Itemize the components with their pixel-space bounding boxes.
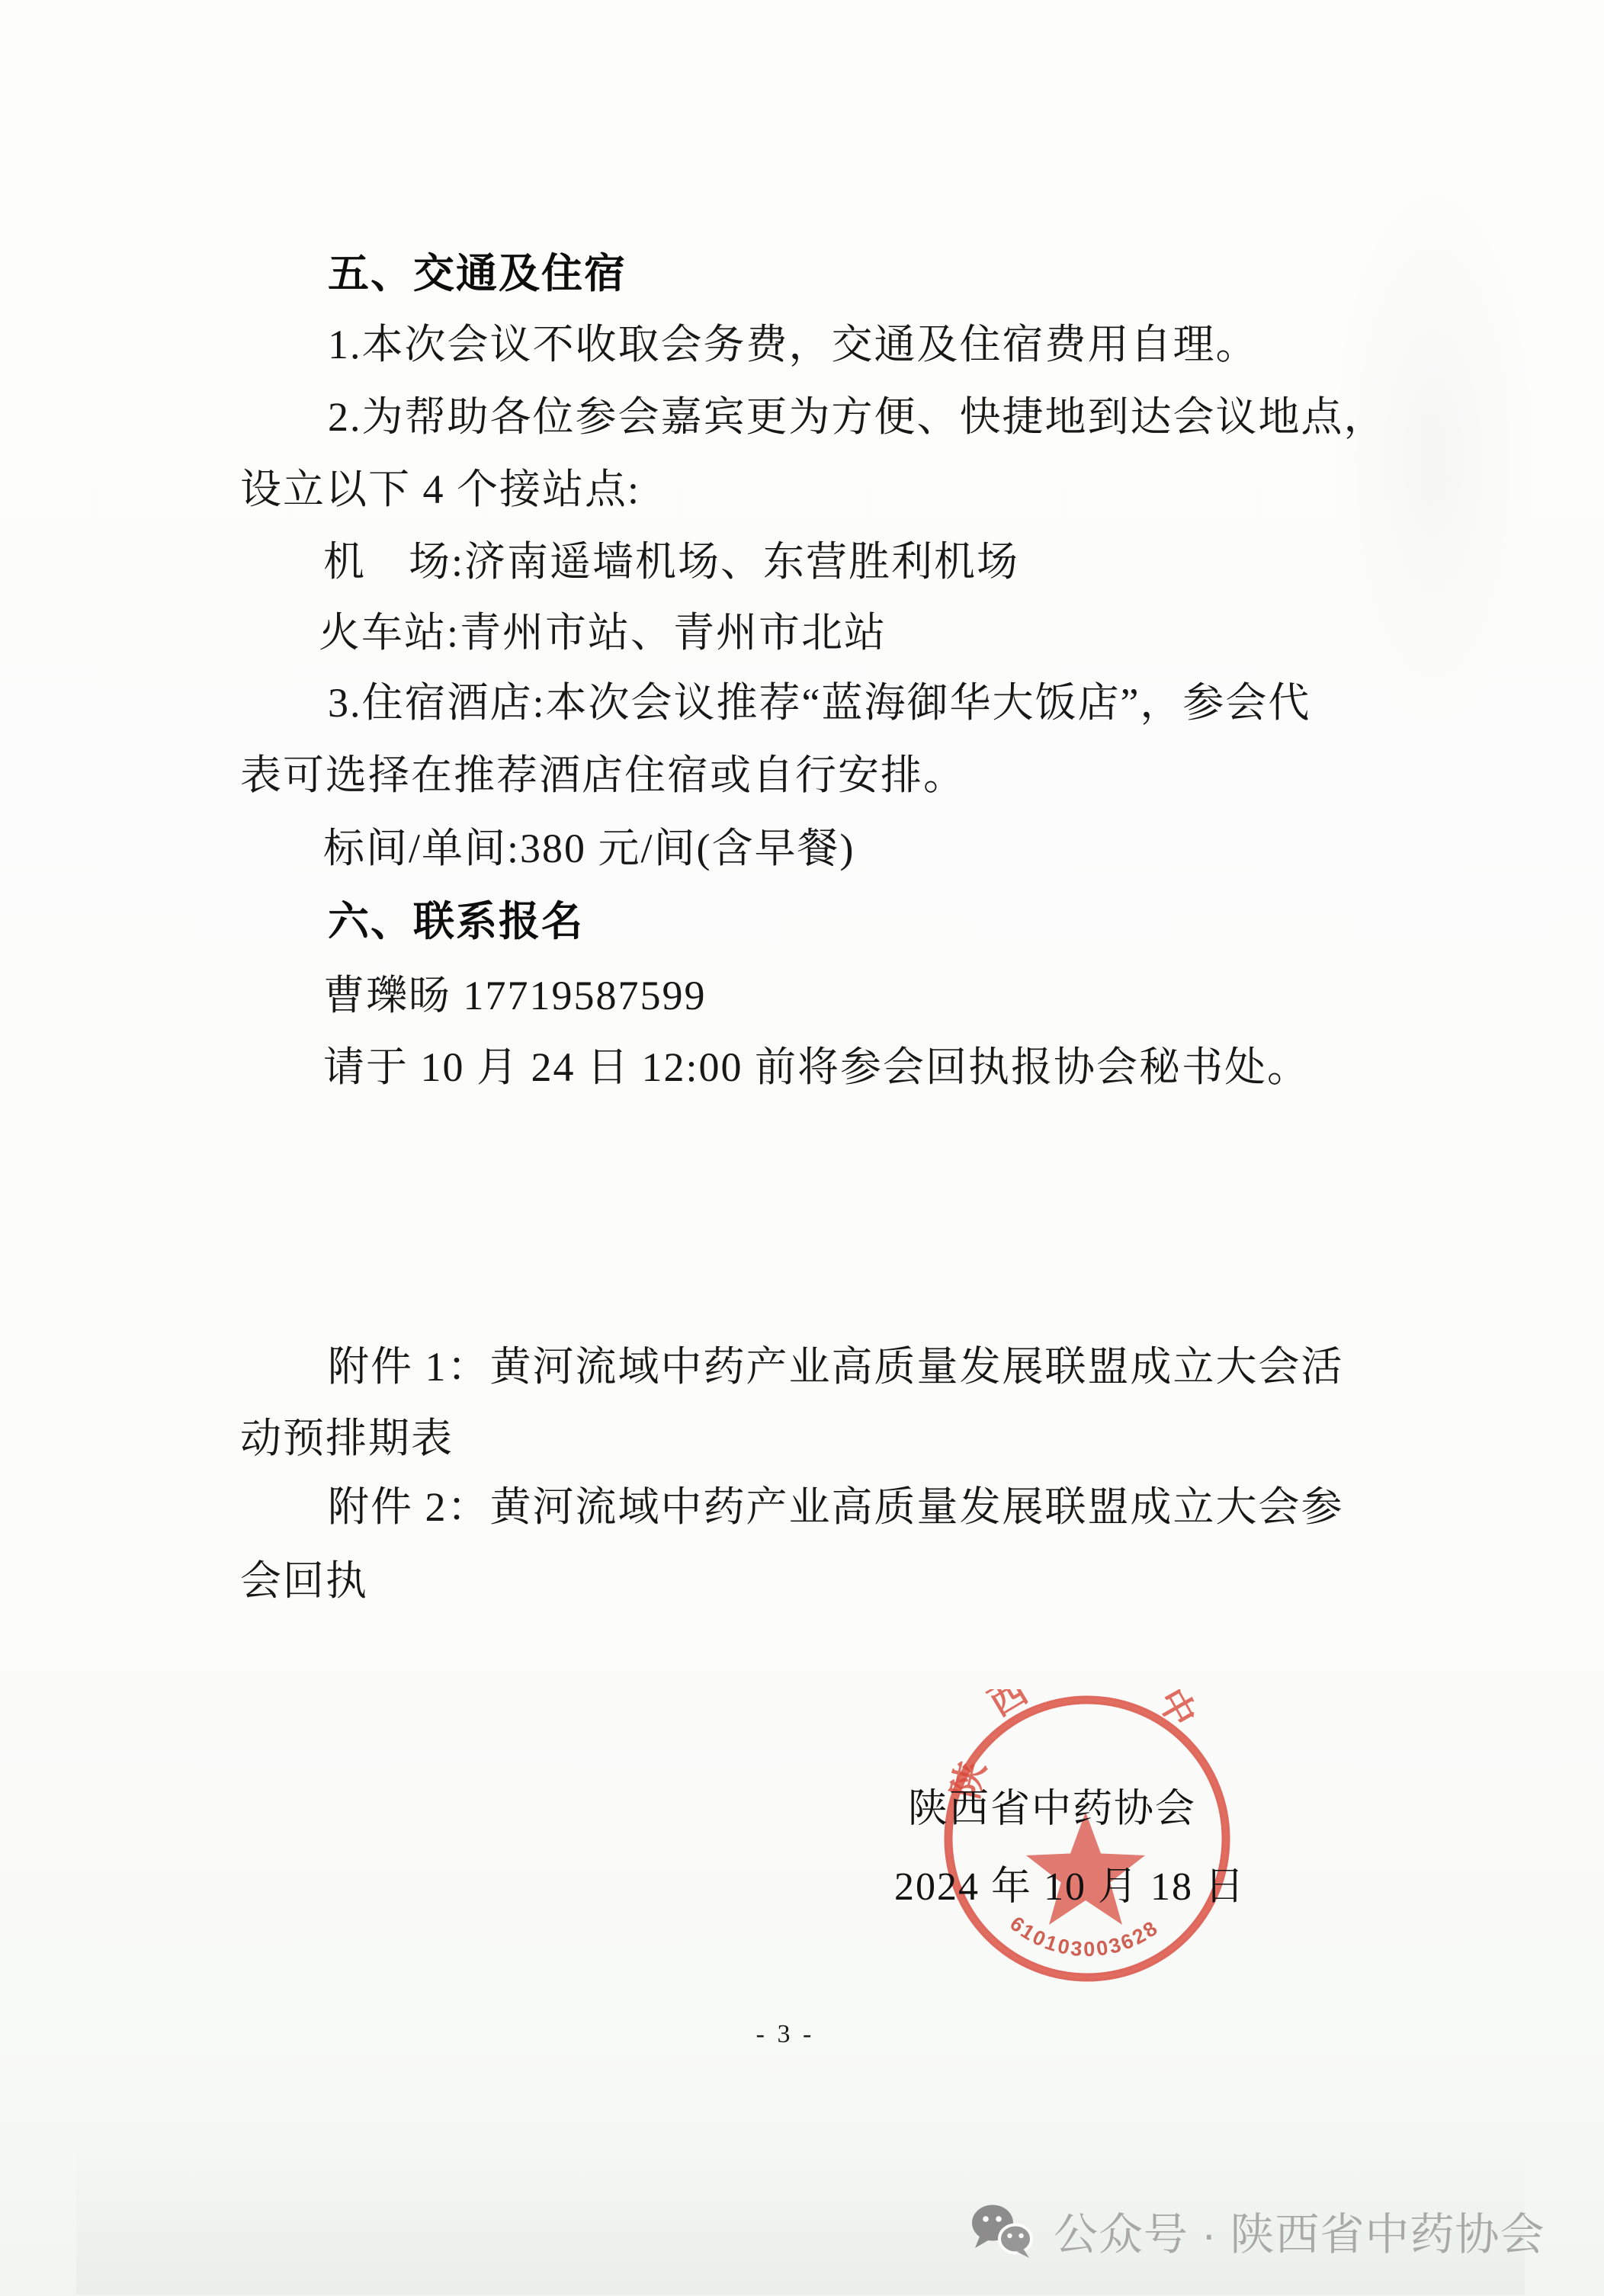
signature-date: 2024 年 10 月 18 日 bbox=[894, 1854, 1246, 1911]
doc-line: 标间/单间:380 元/间(含早餐) bbox=[323, 825, 855, 872]
doc-line: 2.为帮助各位参会嘉宾更为方便、快捷地到达会议地点， bbox=[328, 393, 1387, 441]
page-number: - 3 - bbox=[724, 2020, 846, 2049]
attachment-line: 附件 1：黄河流域中药产业高质量发展联盟成立大会活 bbox=[328, 1343, 1344, 1390]
official-seal-stamp: 陕西省中药协会 610103003628 bbox=[938, 1689, 1237, 1994]
doc-line: 表可选择在推荐酒店住宿或自行安排。 bbox=[240, 752, 966, 799]
contact-line: 曹瓅旸 17719587599 bbox=[323, 972, 707, 1019]
attachment-line: 会回执 bbox=[240, 1557, 368, 1605]
section-heading: 六、联系报名 bbox=[328, 898, 584, 945]
attachment-line: 附件 2：黄河流域中药产业高质量发展联盟成立大会参 bbox=[328, 1483, 1344, 1531]
wechat-icon bbox=[970, 2203, 1037, 2258]
wechat-watermark: 公众号 · 陕西省中药协会 bbox=[970, 2198, 1545, 2262]
doc-line: 火车站:青州市站、青州市北站 bbox=[319, 609, 887, 656]
doc-line: 设立以下 4 个接站点: bbox=[240, 466, 640, 513]
document-page: 五、交通及住宿 1.本次会议不收取会务费，交通及住宿费用自理。 2.为帮助各位参… bbox=[0, 0, 1604, 2296]
seal-number: 610103003628 bbox=[1006, 1912, 1163, 1961]
scan-artifact bbox=[1334, 191, 1532, 724]
doc-line: 1.本次会议不收取会务费，交通及住宿费用自理。 bbox=[328, 321, 1259, 368]
signature-org: 陕西省中药协会 bbox=[908, 1776, 1196, 1833]
attachment-line: 动预排期表 bbox=[240, 1415, 454, 1462]
section-heading: 五、交通及住宿 bbox=[328, 250, 627, 297]
watermark-text: 公众号 · 陕西省中药协会 bbox=[1054, 2198, 1545, 2262]
svg-text:610103003628: 610103003628 bbox=[1006, 1912, 1163, 1961]
doc-line: 3.住宿酒店:本次会议推荐“蓝海御华大饭店”，参会代 bbox=[328, 679, 1310, 726]
doc-line: 机 场:济南遥墙机场、东营胜利机场 bbox=[323, 538, 1019, 585]
doc-line: 请于 10 月 24 日 12:00 前将参会回执报协会秘书处。 bbox=[323, 1044, 1310, 1091]
